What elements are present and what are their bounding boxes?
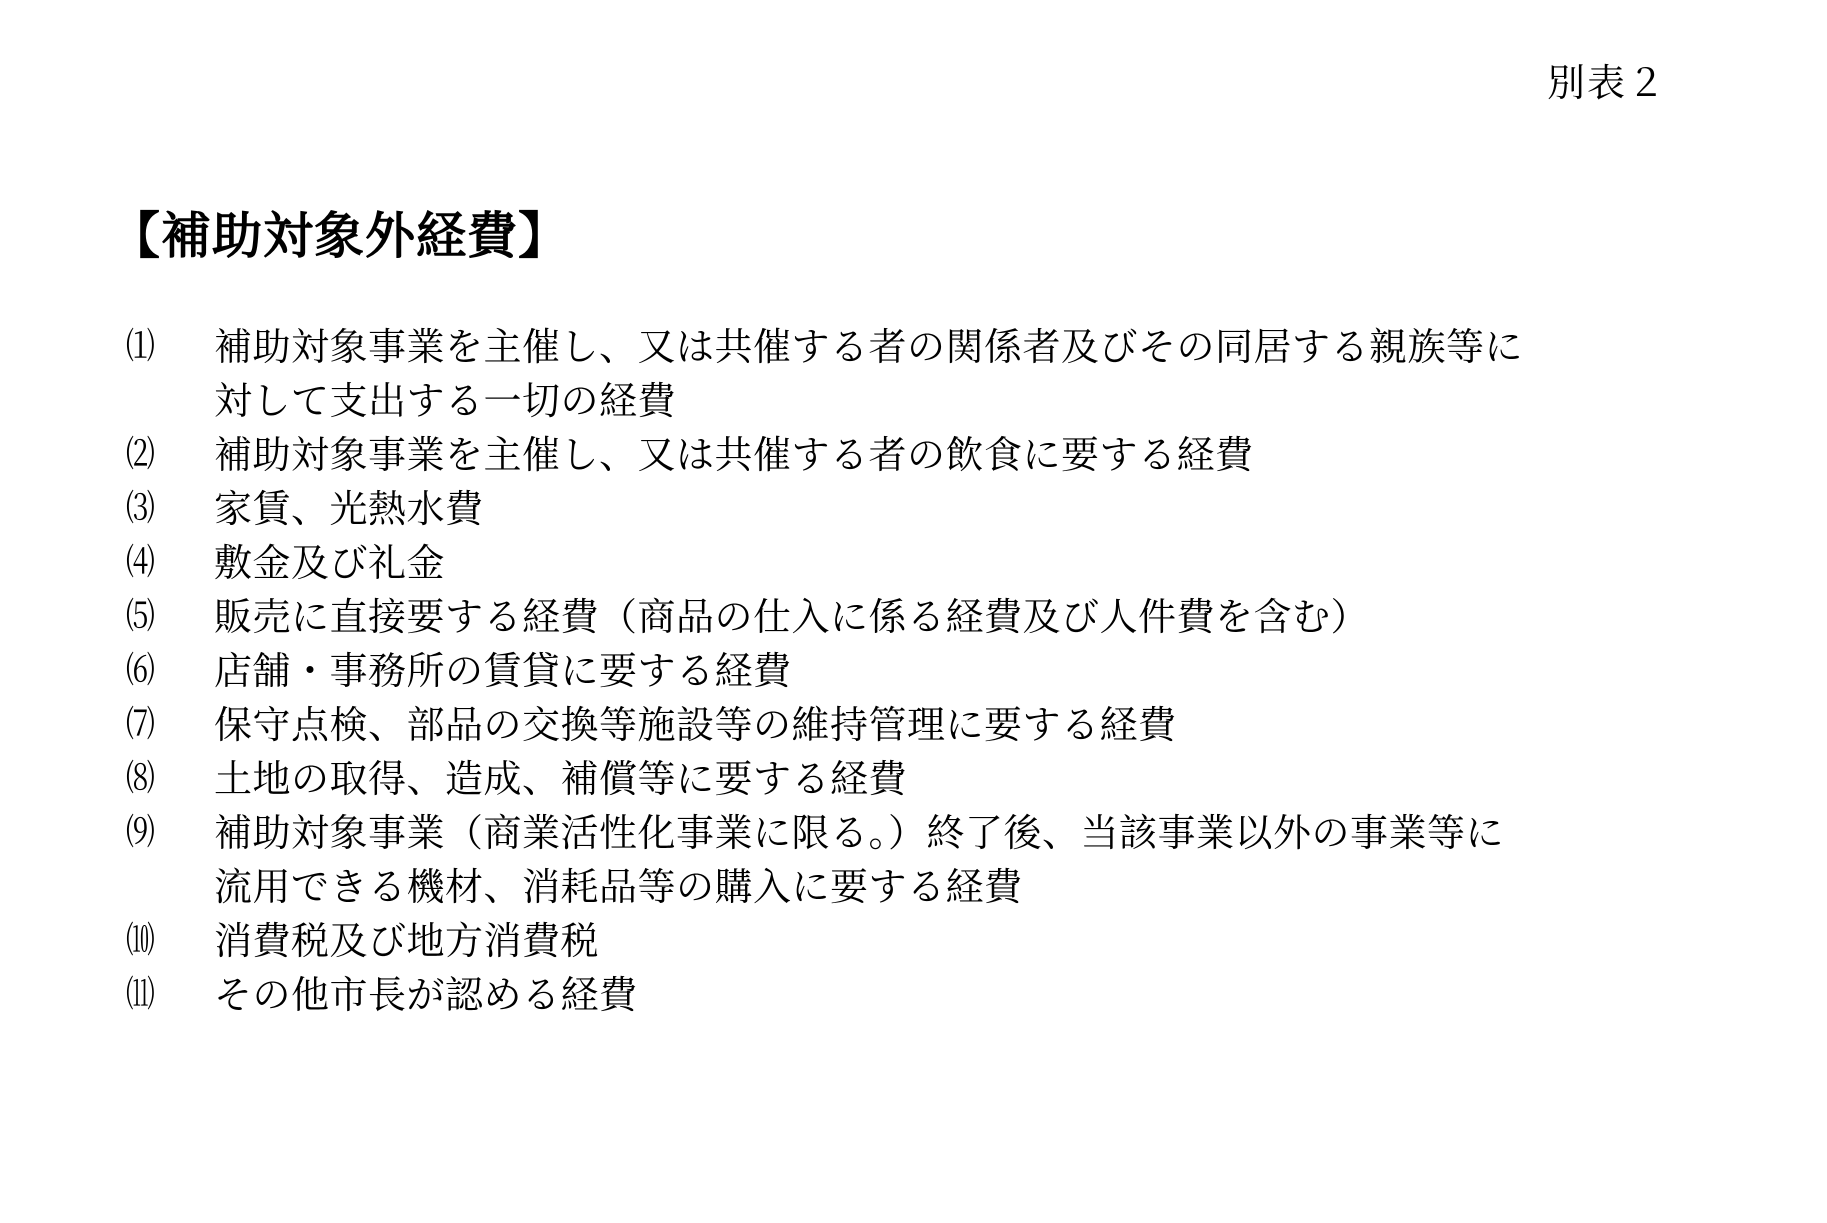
appendix-label: 別表２ (1547, 52, 1667, 107)
item-line: 消費税及び地方消費税 (214, 914, 1726, 968)
list-item: ⑹ 店舗・事務所の賃貸に要する経費 (126, 644, 1726, 698)
excluded-expenses-list: ⑴ 補助対象事業を主催し、又は共催する者の関係者及びその同居する親族等に 対して… (126, 320, 1726, 1022)
item-line: 店舗・事務所の賃貸に要する経費 (214, 644, 1726, 698)
item-number: ⑵ (126, 428, 196, 482)
item-number: ⑽ (126, 914, 196, 968)
list-item: ⑸ 販売に直接要する経費（商品の仕入に係る経費及び人件費を含む） (126, 590, 1726, 644)
item-text: 敷金及び礼金 (214, 536, 1726, 590)
item-line: 土地の取得、造成、補償等に要する経費 (214, 752, 1726, 806)
item-text: 土地の取得、造成、補償等に要する経費 (214, 752, 1726, 806)
item-text: 家賃、光熱水費 (214, 482, 1726, 536)
list-item: ⑵ 補助対象事業を主催し、又は共催する者の飲食に要する経費 (126, 428, 1726, 482)
item-text: 店舗・事務所の賃貸に要する経費 (214, 644, 1726, 698)
item-number: ⑹ (126, 644, 196, 698)
item-line: 補助対象事業を主催し、又は共催する者の関係者及びその同居する親族等に (214, 320, 1726, 374)
item-number: ⑶ (126, 482, 196, 536)
document-title: 【補助対象外経費】 (110, 196, 569, 268)
item-text: 補助対象事業（商業活性化事業に限る。）終了後、当該事業以外の事業等に 流用できる… (214, 806, 1726, 914)
item-number: ⑼ (126, 806, 196, 860)
list-item: ⑾ その他市長が認める経費 (126, 968, 1726, 1022)
item-number: ⑻ (126, 752, 196, 806)
item-line: 流用できる機材、消耗品等の購入に要する経費 (214, 860, 1726, 914)
list-item: ⑷ 敷金及び礼金 (126, 536, 1726, 590)
item-text: 補助対象事業を主催し、又は共催する者の飲食に要する経費 (214, 428, 1726, 482)
item-line: 家賃、光熱水費 (214, 482, 1726, 536)
item-line: 対して支出する一切の経費 (214, 374, 1726, 428)
item-text: 保守点検、部品の交換等施設等の維持管理に要する経費 (214, 698, 1726, 752)
item-text: 補助対象事業を主催し、又は共催する者の関係者及びその同居する親族等に 対して支出… (214, 320, 1726, 428)
item-number: ⑸ (126, 590, 196, 644)
item-line: 補助対象事業を主催し、又は共催する者の飲食に要する経費 (214, 428, 1726, 482)
item-line: 補助対象事業（商業活性化事業に限る。）終了後、当該事業以外の事業等に (214, 806, 1726, 860)
item-number: ⑷ (126, 536, 196, 590)
list-item: ⑶ 家賃、光熱水費 (126, 482, 1726, 536)
item-number: ⑺ (126, 698, 196, 752)
list-item: ⑺ 保守点検、部品の交換等施設等の維持管理に要する経費 (126, 698, 1726, 752)
item-text: 消費税及び地方消費税 (214, 914, 1726, 968)
item-line: その他市長が認める経費 (214, 968, 1726, 1022)
item-line: 販売に直接要する経費（商品の仕入に係る経費及び人件費を含む） (214, 590, 1726, 644)
item-number: ⑴ (126, 320, 196, 374)
list-item: ⑽ 消費税及び地方消費税 (126, 914, 1726, 968)
list-item: ⑴ 補助対象事業を主催し、又は共催する者の関係者及びその同居する親族等に 対して… (126, 320, 1726, 428)
list-item: ⑻ 土地の取得、造成、補償等に要する経費 (126, 752, 1726, 806)
item-text: 販売に直接要する経費（商品の仕入に係る経費及び人件費を含む） (214, 590, 1726, 644)
list-item: ⑼ 補助対象事業（商業活性化事業に限る。）終了後、当該事業以外の事業等に 流用で… (126, 806, 1726, 914)
item-number: ⑾ (126, 968, 196, 1022)
item-text: その他市長が認める経費 (214, 968, 1726, 1022)
item-line: 保守点検、部品の交換等施設等の維持管理に要する経費 (214, 698, 1726, 752)
item-line: 敷金及び礼金 (214, 536, 1726, 590)
